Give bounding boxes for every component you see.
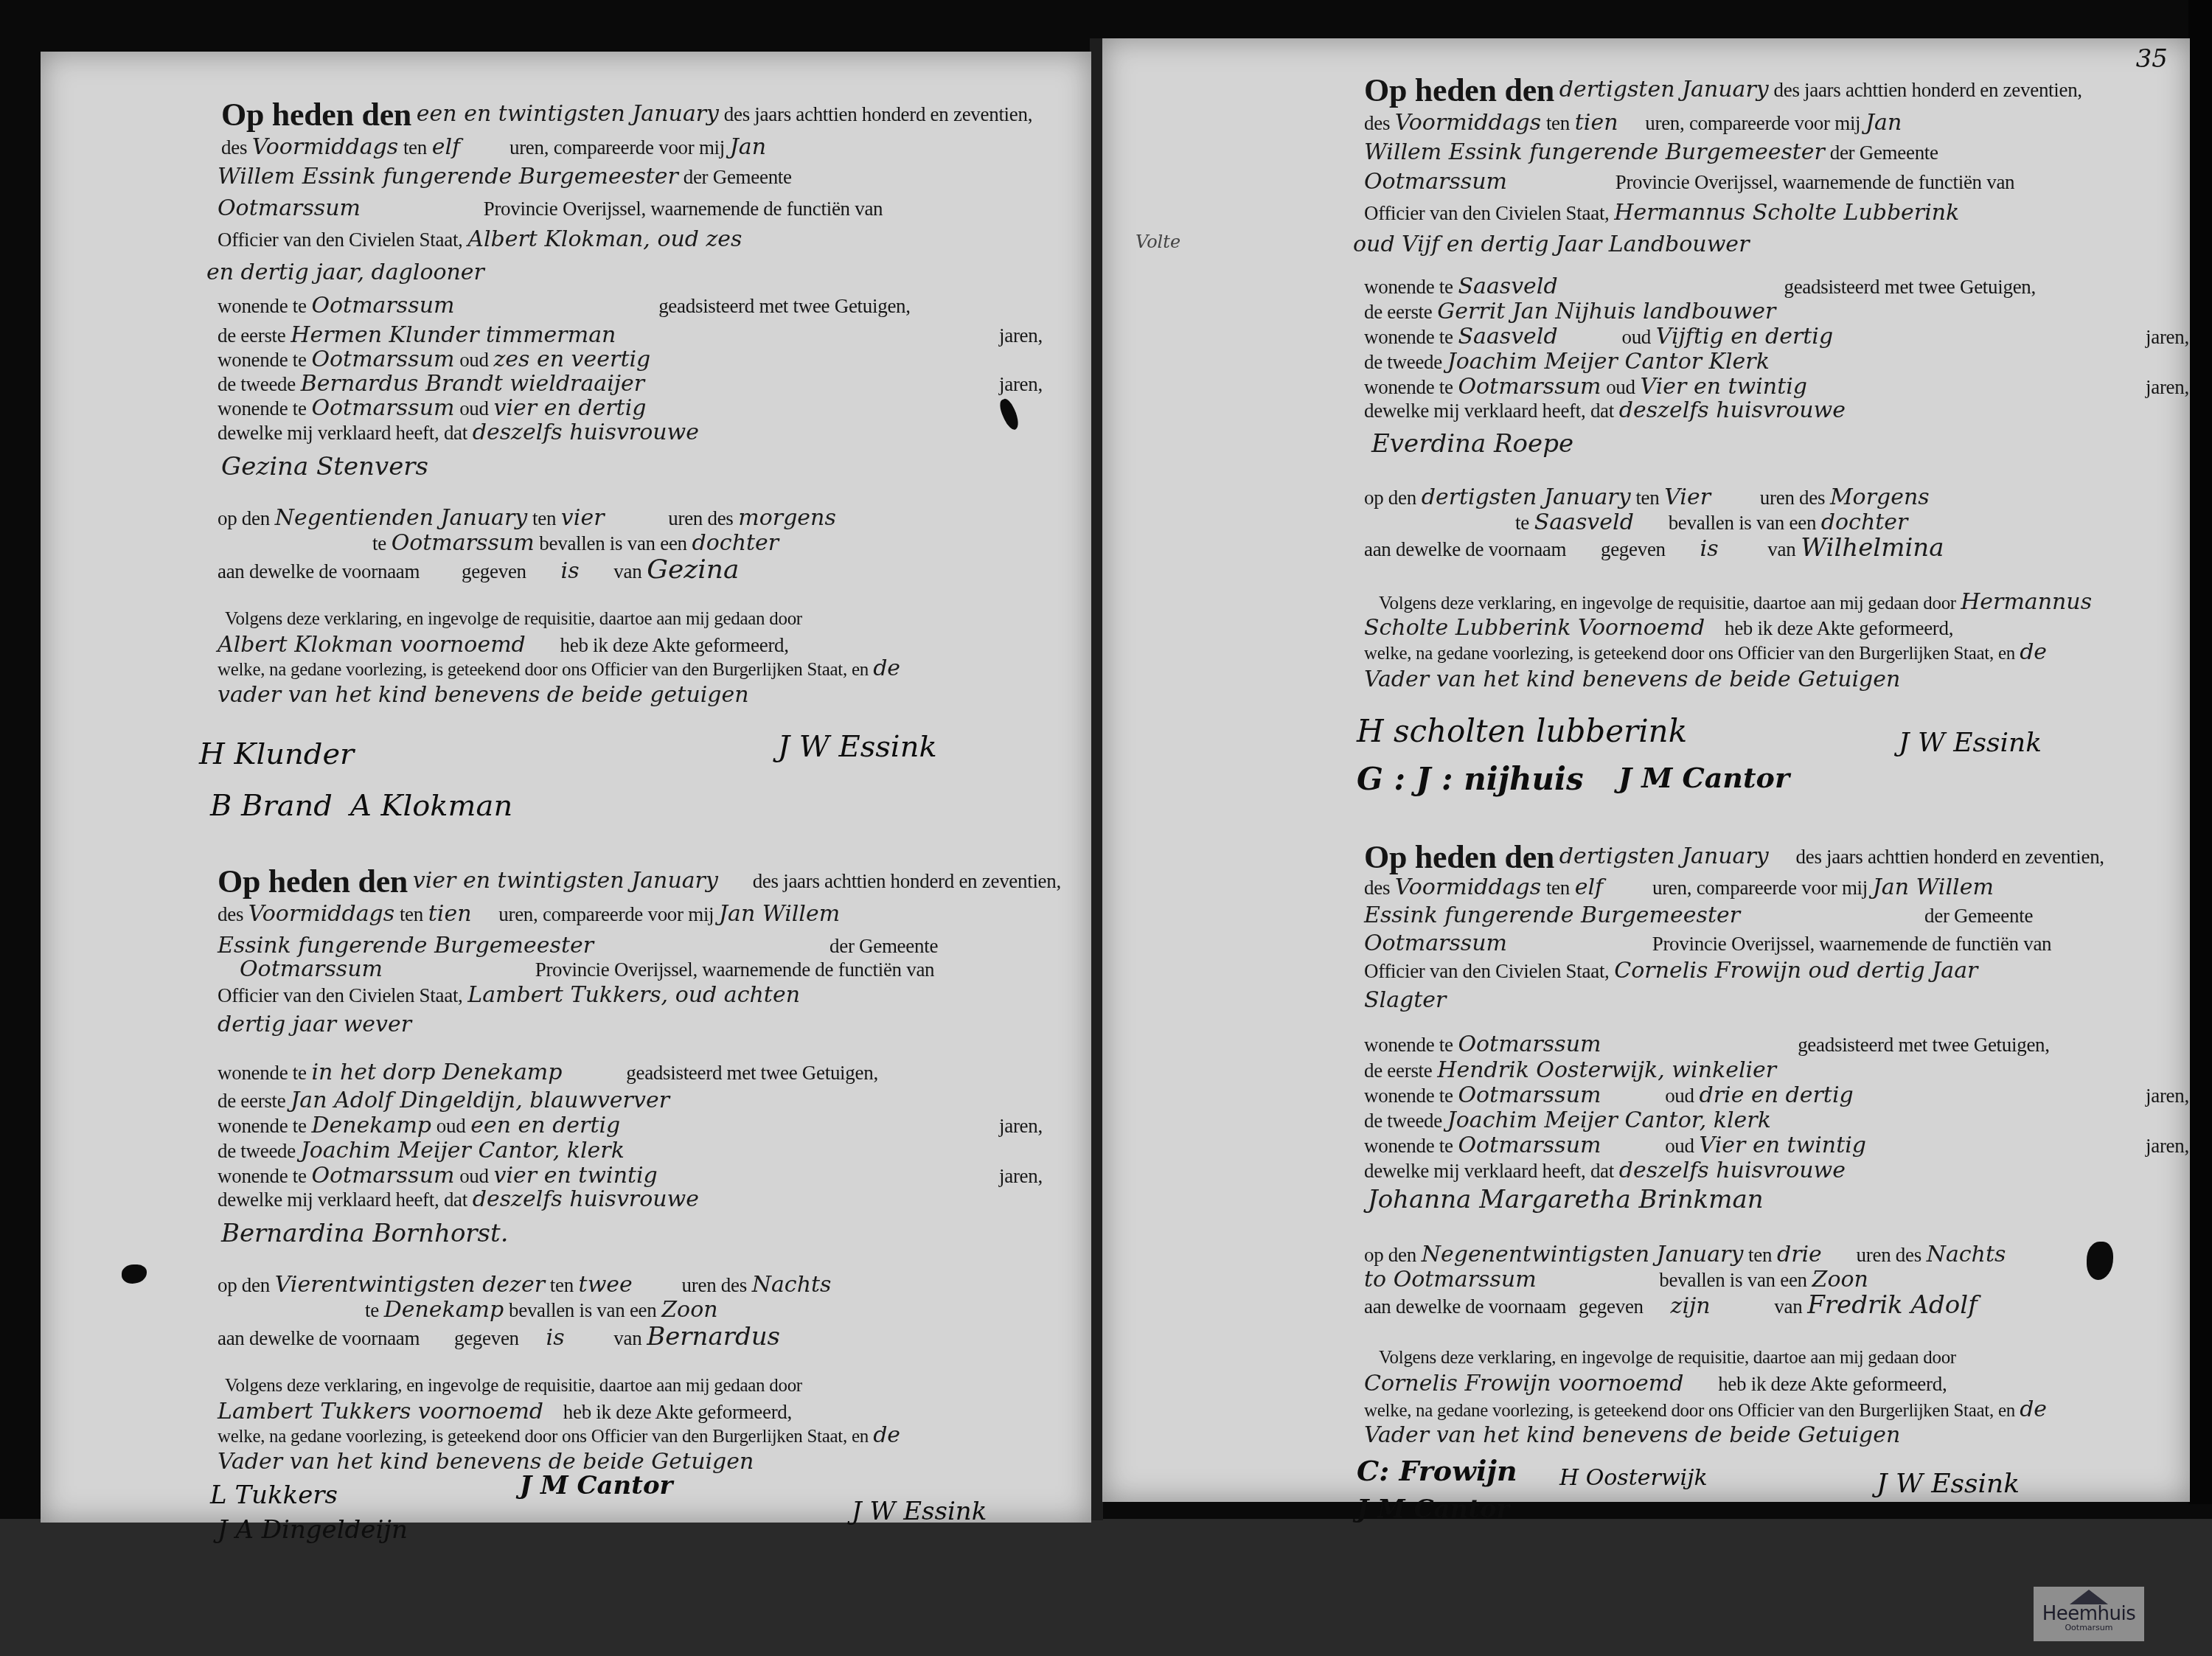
daypart: Voormiddags <box>1395 110 1541 136</box>
op-heden-den: Op heden den <box>1364 839 1554 875</box>
te-label: te <box>1515 512 1529 534</box>
wonende-label: wonende te <box>1364 1034 1453 1056</box>
signed-by: Vader van het kind benevens de beide Get… <box>1364 667 1900 692</box>
witness-1-age: drie en dertig <box>1700 1082 1854 1108</box>
gemeente-label: der Gemeente <box>1830 142 1938 164</box>
birth-hour: Vier <box>1664 484 1711 510</box>
compareerde-label: uren, compareerde voor mij <box>1652 877 1868 899</box>
official-name: Jan <box>1865 110 1902 136</box>
compareerde-label: uren, compareerde voor mij <box>1645 112 1860 134</box>
te-label: te <box>372 532 386 554</box>
jaren-label: jaren, <box>2146 326 2189 348</box>
signature-witness-2: B Brand <box>210 789 333 823</box>
year-text: des jaars achttien honderd en zeventien, <box>1796 846 2104 868</box>
act-date: dertigsten January <box>1559 77 1769 102</box>
birth-daypart: Morgens <box>1830 484 1930 510</box>
signature-official: J W Essink <box>852 1497 987 1526</box>
voornaam-label: aan dewelke de voornaam <box>218 560 420 582</box>
officier-label: Officier van den Civielen Staat, <box>1364 960 1610 982</box>
requisitioner: Cornelis Frowijn voornoemd <box>1364 1371 1683 1396</box>
municipality: Ootmarssum <box>1364 930 1507 956</box>
welke-label: welke, na gedane voorlezing, is geteeken… <box>1364 1401 2015 1421</box>
jaren-label: jaren, <box>2146 1085 2189 1107</box>
jaren-label: jaren, <box>999 373 1043 395</box>
scan-border <box>2188 0 2212 1504</box>
witness-1: Gerrit Jan Nijhuis landbouwer <box>1437 299 1775 324</box>
birth-hour: drie <box>1777 1242 1822 1267</box>
given-verb: is <box>546 1325 565 1351</box>
jaren-label: jaren, <box>2146 376 2189 398</box>
ten-label: ten <box>400 903 423 925</box>
witness-1-residence: Ootmarssum <box>1458 1082 1601 1108</box>
provincie-label: Provincie Overijssel, waarnemende de fun… <box>1652 933 2052 955</box>
officier-label: Officier van den Civielen Staat, <box>218 229 463 251</box>
declarant: Cornelis Frowijn oud dertig Jaar <box>1614 958 1978 984</box>
birth-hour: vier <box>561 505 605 531</box>
gegeven-label: gegeven <box>462 560 526 582</box>
op-den-label: op den <box>218 1274 270 1296</box>
given-verb: is <box>1700 536 1719 562</box>
dewelke-label: dewelke mij verklaard heeft, dat <box>218 422 467 444</box>
signed-by-article: de <box>873 1422 900 1448</box>
right-page: 35 Volte Op heden den dertigsten January… <box>1102 38 2190 1502</box>
bevallen-label: bevallen is van een <box>539 532 686 554</box>
witness-1-age: zes en veertig <box>494 347 651 372</box>
requisitioner-first-name: Hermannus <box>1961 589 2092 615</box>
witness-1: Hendrik Oosterwijk, winkelier <box>1437 1057 1776 1083</box>
declarant: Albert Klokman, oud zes <box>467 226 742 252</box>
residence: Saasveld <box>1458 274 1557 299</box>
witness-1: Hermen Klunder timmerman <box>291 322 616 348</box>
welke-label: welke, na gedane voorlezing, is geteeken… <box>218 660 869 680</box>
des-label: des <box>218 903 243 925</box>
compareerde-label: uren, compareerde voor mij <box>509 136 725 159</box>
given-verb: zijn <box>1671 1293 1711 1319</box>
wonende-label: wonende te <box>1364 1085 1453 1107</box>
requisitioner: Scholte Lubberink Voornoemd <box>1364 615 1705 641</box>
relation: deszelfs huisvrouwe <box>473 1186 699 1212</box>
geadsisteerd-label: geadsisteerd met twee Getuigen, <box>658 295 911 317</box>
tweede-label: de tweede <box>218 373 296 395</box>
book-gutter <box>1090 38 1103 1520</box>
oud-label: oud <box>459 397 489 420</box>
wonende-label: wonende te <box>218 1115 307 1137</box>
hour: elf <box>432 134 460 160</box>
op-heden-den: Op heden den <box>218 863 408 900</box>
op-heden-den: Op heden den <box>221 97 411 133</box>
gegeven-label: gegeven <box>454 1327 519 1349</box>
wonende-label: wonende te <box>218 1165 307 1187</box>
birth-act-left-top: Op heden den een en twintigsten January … <box>41 52 1091 715</box>
eerste-label: de eerste <box>1364 1060 1433 1082</box>
signature-witness-1: H Oosterwijk <box>1559 1465 1708 1491</box>
child-name: Bernardus <box>647 1322 780 1351</box>
daypart: Voormiddags <box>1395 874 1541 900</box>
eerste-label: de eerste <box>218 1090 286 1112</box>
tweede-label: de tweede <box>1364 351 1442 373</box>
jaren-label: jaren, <box>999 324 1043 347</box>
left-page: Op heden den een en twintigsten January … <box>41 52 1091 1523</box>
signature-declarant: C: Frowijn <box>1357 1454 1517 1487</box>
gemeente-label: der Gemeente <box>829 935 938 957</box>
oud-label: oud <box>1665 1085 1694 1107</box>
birth-daypart: morgens <box>738 505 836 531</box>
official-name: Jan Willem <box>1873 874 1994 900</box>
signature-witness-2: J M Cantor <box>520 1471 673 1500</box>
hour: tien <box>428 901 472 927</box>
signature-declarant: H scholten lubberink <box>1357 713 1687 749</box>
voornaam-label: aan dewelke de voornaam <box>1364 1295 1566 1318</box>
oud-label: oud <box>1621 326 1651 348</box>
witness-2-age: vier en dertig <box>494 395 647 421</box>
signature-official: J W Essink <box>778 730 937 764</box>
ten-label: ten <box>1748 1244 1772 1266</box>
birth-date: Negenentwintigsten January <box>1422 1242 1744 1267</box>
child-name: Fredrik Adolf <box>1807 1290 1978 1320</box>
compareerde-label: uren, compareerde voor mij <box>498 903 714 925</box>
witness-1-residence: Ootmarssum <box>311 347 454 372</box>
wonende-label: wonende te <box>218 349 307 371</box>
official-title: Essink fungerende Burgemeester <box>218 933 594 959</box>
signature-witness-1: J A Dingeldeijn <box>218 1515 408 1545</box>
wonende-label: wonende te <box>1364 376 1453 398</box>
heb-ik-label: heb ik deze Akte geformeerd, <box>560 634 789 656</box>
voornaam-label: aan dewelke de voornaam <box>218 1327 420 1349</box>
signed-by: Vader van het kind benevens de beide Get… <box>218 1449 754 1475</box>
jaren-label: jaren, <box>999 1165 1043 1187</box>
signature-witness-2: J M Cantor <box>1618 761 1790 794</box>
gegeven-label: gegeven <box>1601 538 1666 560</box>
officier-label: Officier van den Civielen Staat, <box>218 984 463 1006</box>
signed-by: vader van het kind benevens de beide get… <box>218 682 749 708</box>
residence: in het dorp Denekamp <box>311 1060 562 1085</box>
signature-official: J W Essink <box>1877 1469 2020 1499</box>
volgens-label: Volgens deze verklaring, en ingevolge de… <box>1379 1348 1956 1368</box>
geadsisteerd-label: geadsisteerd met twee Getuigen, <box>1784 276 2036 298</box>
tweede-label: de tweede <box>218 1140 296 1162</box>
jaren-label: jaren, <box>2146 1135 2189 1157</box>
bevallen-label: bevallen is van een <box>509 1299 656 1321</box>
op-den-label: op den <box>218 507 270 529</box>
child-name: Wilhelmina <box>1801 533 1944 563</box>
municipality: Ootmarssum <box>1364 169 1507 195</box>
heb-ik-label: heb ik deze Akte geformeerd, <box>563 1401 792 1423</box>
birth-act-right-top: Op heden den dertigsten January des jaar… <box>1102 38 2190 702</box>
official-title: Essink fungerende Burgemeester <box>1364 902 1740 928</box>
signature-declarant: A Klokman <box>350 789 512 823</box>
voornaam-label: aan dewelke de voornaam <box>1364 538 1566 560</box>
volgens-label: Volgens deze verklaring, en ingevolge de… <box>225 609 802 629</box>
daypart: Voormiddags <box>252 134 398 160</box>
dewelke-label: dewelke mij verklaard heeft, dat <box>1364 1160 1614 1182</box>
witness-2-residence: Ootmarssum <box>311 395 454 421</box>
gemeente-label: der Gemeente <box>684 166 792 188</box>
officier-label: Officier van den Civielen Staat, <box>1364 202 1610 224</box>
birth-date: Vierentwintigsten dezer <box>275 1272 545 1298</box>
wonende-label: wonende te <box>1364 326 1453 348</box>
ten-label: ten <box>1546 112 1570 134</box>
daypart: Voormiddags <box>248 901 394 927</box>
requisitioner: Lambert Tukkers voornoemd <box>218 1399 543 1424</box>
declarant-details: oud Vijf en dertig Jaar Landbouwer <box>1353 232 1749 257</box>
heb-ik-label: heb ik deze Akte geformeerd, <box>1725 617 1953 639</box>
ten-label: ten <box>403 136 427 159</box>
ten-label: ten <box>550 1274 574 1296</box>
birth-hour: twee <box>579 1272 633 1298</box>
birth-act-right-bottom: Op heden den dertigsten January des jaar… <box>1102 831 2190 1458</box>
birth-act-left-bottom: Op heden den vier en twintigsten January… <box>41 855 1091 1482</box>
birth-place: Ootmarssum <box>392 530 535 556</box>
year-text: des jaars achttien honderd en zeventien, <box>753 870 1061 892</box>
official-name: Jan Willem <box>719 901 840 927</box>
witness-2: Bernardus Brandt wieldraaijer <box>301 371 644 397</box>
des-label: des <box>1364 112 1390 134</box>
witness-2: Joachim Meijer Cantor, klerk <box>301 1138 625 1163</box>
gemeente-label: der Gemeente <box>1924 905 2033 927</box>
residence: Ootmarssum <box>311 293 454 319</box>
house-roof-icon <box>2070 1590 2108 1604</box>
given-verb: is <box>561 558 580 584</box>
uren-des-label: uren des <box>1857 1244 1921 1266</box>
welke-label: welke, na gedane voorlezing, is geteeken… <box>1364 644 2015 664</box>
birth-date: dertigsten January <box>1422 484 1631 510</box>
birth-date: Negentienden January <box>275 505 528 531</box>
ten-label: ten <box>532 507 556 529</box>
geadsisteerd-label: geadsisteerd met twee Getuigen, <box>1798 1034 2050 1056</box>
witness-2-residence: Ootmarssum <box>1458 1133 1601 1158</box>
declarant-details: Slagter <box>1364 987 1446 1013</box>
eerste-label: de eerste <box>218 324 286 347</box>
birth-place: Saasveld <box>1534 509 1634 535</box>
provincie-label: Provincie Overijssel, waarnemende de fun… <box>484 198 883 220</box>
official-name: Jan <box>730 134 766 160</box>
tweede-label: de tweede <box>1364 1110 1442 1132</box>
provincie-label: Provincie Overijssel, waarnemende de fun… <box>535 959 935 981</box>
act-date: dertigsten January <box>1559 843 1769 869</box>
bevallen-label: bevallen is van een <box>1669 512 1816 534</box>
ten-label: ten <box>1546 877 1570 899</box>
uren-des-label: uren des <box>1760 487 1825 509</box>
oud-label: oud <box>459 1165 489 1187</box>
official-title: Willem Essink fungerende Burgemeester <box>218 164 678 189</box>
witness-2-age: vier en twintig <box>494 1163 658 1189</box>
act-date: een en twintigsten January <box>417 101 719 127</box>
signature-witness-1: H Klunder <box>199 737 354 771</box>
wonende-label: wonende te <box>218 295 307 317</box>
witness-2-residence: Ootmarssum <box>1458 374 1601 400</box>
act-header-line: Op heden den een en twintigsten January … <box>221 103 1032 126</box>
witness-1-residence: Saasveld <box>1458 324 1557 349</box>
municipality: Ootmarssum <box>218 195 361 221</box>
child-sex: dochter <box>1821 509 1908 535</box>
heb-ik-label: heb ik deze Akte geformeerd, <box>1718 1373 1947 1395</box>
witness-2-age: Vier en twintig <box>1641 374 1807 400</box>
signature-declarant: L Tukkers <box>210 1481 338 1510</box>
heemhuis-watermark: Heemhuis Ootmarsum <box>2034 1587 2144 1641</box>
birth-daypart: Nachts <box>1927 1242 2006 1267</box>
declarant-details: en dertig jaar, daglooner <box>206 260 484 285</box>
van-label: van <box>1774 1295 1802 1318</box>
relation: deszelfs huisvrouwe <box>473 420 699 445</box>
wonende-label: wonende te <box>1364 1135 1453 1157</box>
op-heden-den: Op heden den <box>1364 72 1554 108</box>
relation: deszelfs huisvrouwe <box>1619 1158 1846 1183</box>
mother-name: Bernardina Bornhorst. <box>221 1219 509 1248</box>
residence: Ootmarssum <box>1458 1031 1601 1057</box>
witness-2: Joachim Meijer Cantor, klerk <box>1447 1107 1771 1133</box>
signature-official: J W Essink <box>1899 728 2042 758</box>
van-label: van <box>1767 538 1795 560</box>
wonende-label: wonende te <box>218 1062 307 1084</box>
uren-des-label: uren des <box>668 507 733 529</box>
year-text: des jaars achttien honderd en zeventien, <box>724 103 1032 125</box>
witness-1-age: een en dertig <box>470 1113 620 1138</box>
des-label: des <box>221 136 247 159</box>
van-label: van <box>613 560 641 582</box>
volgens-label: Volgens deze verklaring, en ingevolge de… <box>225 1376 802 1396</box>
birth-place: Denekamp <box>384 1297 504 1323</box>
witness-2-residence: Ootmarssum <box>311 1163 454 1189</box>
witness-2-age: Vier en twintig <box>1700 1133 1866 1158</box>
volgens-label: Volgens deze verklaring, en ingevolge de… <box>1379 594 1956 613</box>
witness-2: Joachim Meijer Cantor Klerk <box>1447 349 1770 375</box>
bevallen-label: bevallen is van een <box>1659 1269 1806 1291</box>
op-den-label: op den <box>1364 1244 1416 1266</box>
birth-daypart: Nachts <box>752 1272 832 1298</box>
witness-1-residence: Denekamp <box>311 1113 431 1138</box>
op-den-label: op den <box>1364 487 1416 509</box>
municipality: Ootmarssum <box>240 956 383 982</box>
oud-label: oud <box>437 1115 466 1137</box>
jaren-label: jaren, <box>999 1115 1043 1137</box>
des-label: des <box>1364 877 1390 899</box>
signed-by-article: de <box>2020 1396 2047 1422</box>
birth-place: to Ootmarssum <box>1364 1267 1537 1293</box>
witness-1: Jan Adolf Dingeldijn, blauwverver <box>291 1088 669 1113</box>
child-name: Gezina <box>647 554 739 585</box>
declarant: Lambert Tukkers, oud achten <box>467 982 800 1008</box>
child-sex: Zoon <box>661 1297 717 1323</box>
hour: tien <box>1575 110 1618 136</box>
child-sex: dochter <box>692 530 779 556</box>
requisitioner: Albert Klokman voornoemd <box>218 632 526 658</box>
dewelke-label: dewelke mij verklaard heeft, dat <box>1364 400 1614 422</box>
welke-label: welke, na gedane voorlezing, is geteeken… <box>218 1427 869 1447</box>
dewelke-label: dewelke mij verklaard heeft, dat <box>218 1189 467 1211</box>
ten-label: ten <box>1635 487 1659 509</box>
signed-by-article: de <box>873 655 900 681</box>
signature-witness-1: G : J : nijhuis <box>1357 761 1584 797</box>
uren-des-label: uren des <box>682 1274 747 1296</box>
declarant-details: dertig jaar wever <box>218 1012 411 1037</box>
oud-label: oud <box>459 349 489 371</box>
oud-label: oud <box>1606 376 1635 398</box>
mother-name: Johanna Margaretha Brinkman <box>1368 1185 1764 1214</box>
provincie-label: Provincie Overijssel, waarnemende de fun… <box>1615 171 2015 193</box>
watermark-title: Heemhuis <box>2034 1604 2144 1624</box>
van-label: van <box>613 1327 641 1349</box>
relation: deszelfs huisvrouwe <box>1619 397 1846 423</box>
hour: elf <box>1575 874 1603 900</box>
mother-name: Gezina Stenvers <box>221 452 428 481</box>
mother-name: Everdina Roepe <box>1371 429 1573 459</box>
signature-witness-2: J M Cantor <box>1357 1495 1510 1524</box>
gegeven-label: gegeven <box>1579 1295 1644 1318</box>
eerste-label: de eerste <box>1364 301 1433 323</box>
oud-label: oud <box>1665 1135 1694 1157</box>
wonende-label: wonende te <box>1364 276 1453 298</box>
declarant: Hermannus Scholte Lubberink <box>1614 200 1959 226</box>
signed-by-article: de <box>2020 639 2047 665</box>
witness-1-age: Vijftig en dertig <box>1656 324 1833 349</box>
official-title: Willem Essink fungerende Burgemeester <box>1364 139 1825 165</box>
wonende-label: wonende te <box>218 397 307 420</box>
te-label: te <box>365 1299 379 1321</box>
year-text: des jaars achttien honderd en zeventien, <box>1774 79 2082 101</box>
geadsisteerd-label: geadsisteerd met twee Getuigen, <box>626 1062 878 1084</box>
signed-by: Vader van het kind benevens de beide Get… <box>1364 1422 1900 1448</box>
child-sex: Zoon <box>1812 1267 1868 1293</box>
act-date: vier en twintigsten January <box>413 868 718 894</box>
